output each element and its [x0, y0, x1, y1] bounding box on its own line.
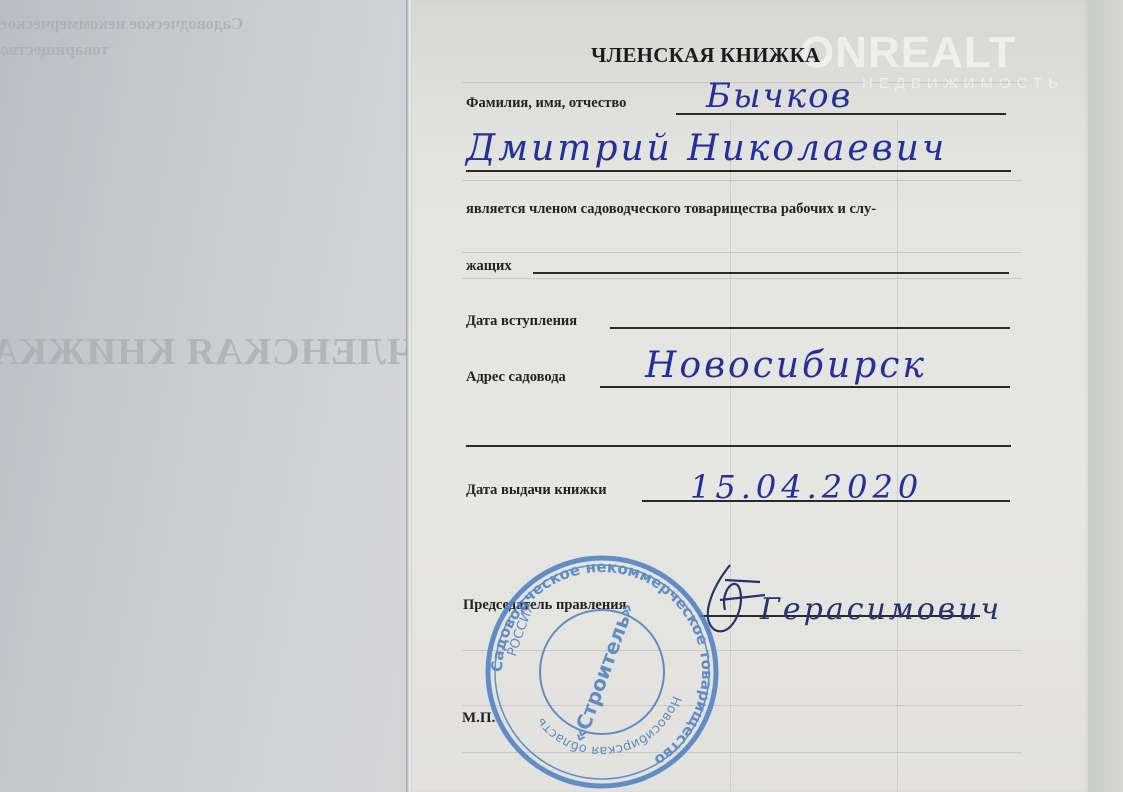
full-name-label: Фамилия, имя, отчество [466, 95, 626, 112]
issue-date-label: Дата выдачи книжки [466, 482, 607, 499]
member-rule [533, 272, 1009, 274]
bleed-gridline [462, 252, 1022, 253]
left-bleed-text-2: товарищество [0, 40, 109, 60]
full-name-rule-2 [466, 170, 1011, 172]
join-date-label: Дата вступления [466, 313, 577, 330]
full-name-given: Дмитрий Николаевич [466, 128, 947, 169]
document-title: ЧЛЕНСКАЯ КНИЖКА [591, 43, 820, 68]
bleed-gridline [462, 180, 1022, 181]
issue-date-value: 15.04.2020 [690, 468, 923, 506]
right-edge [1088, 0, 1123, 792]
bleed-gridline-vertical [897, 120, 898, 792]
address-rule-2 [466, 445, 1011, 447]
address-value: Новосибирск [645, 345, 927, 386]
member-text: является членом садоводческого товарищес… [466, 201, 876, 218]
seal-label: М.П. [462, 710, 495, 727]
svg-text:«Строитель»: «Строитель» [567, 599, 640, 745]
address-label: Адрес садовода [466, 369, 566, 386]
organization-stamp: Садоводческое некоммерческое товариществ… [470, 552, 735, 792]
watermark-subtitle: НЕДВИЖИМОСТЬ [862, 75, 1064, 92]
chairman-signature: Герасимович [760, 592, 1002, 627]
watermark-brand: ONREALT [800, 28, 1016, 78]
bleed-gridline [462, 278, 1022, 279]
join-date-rule [610, 327, 1010, 329]
full-name-surname: Бычков [706, 76, 852, 116]
member-text-cont: жащих [466, 258, 512, 275]
address-rule [600, 386, 1010, 388]
left-bleed-text-1: Садоводческое некоммерческое [0, 14, 243, 34]
left-bleed-title: ЧЛЕНСКАЯ КНИЖКА [0, 330, 415, 374]
left-page: Садоводческое некоммерческое товариществ… [0, 0, 410, 792]
